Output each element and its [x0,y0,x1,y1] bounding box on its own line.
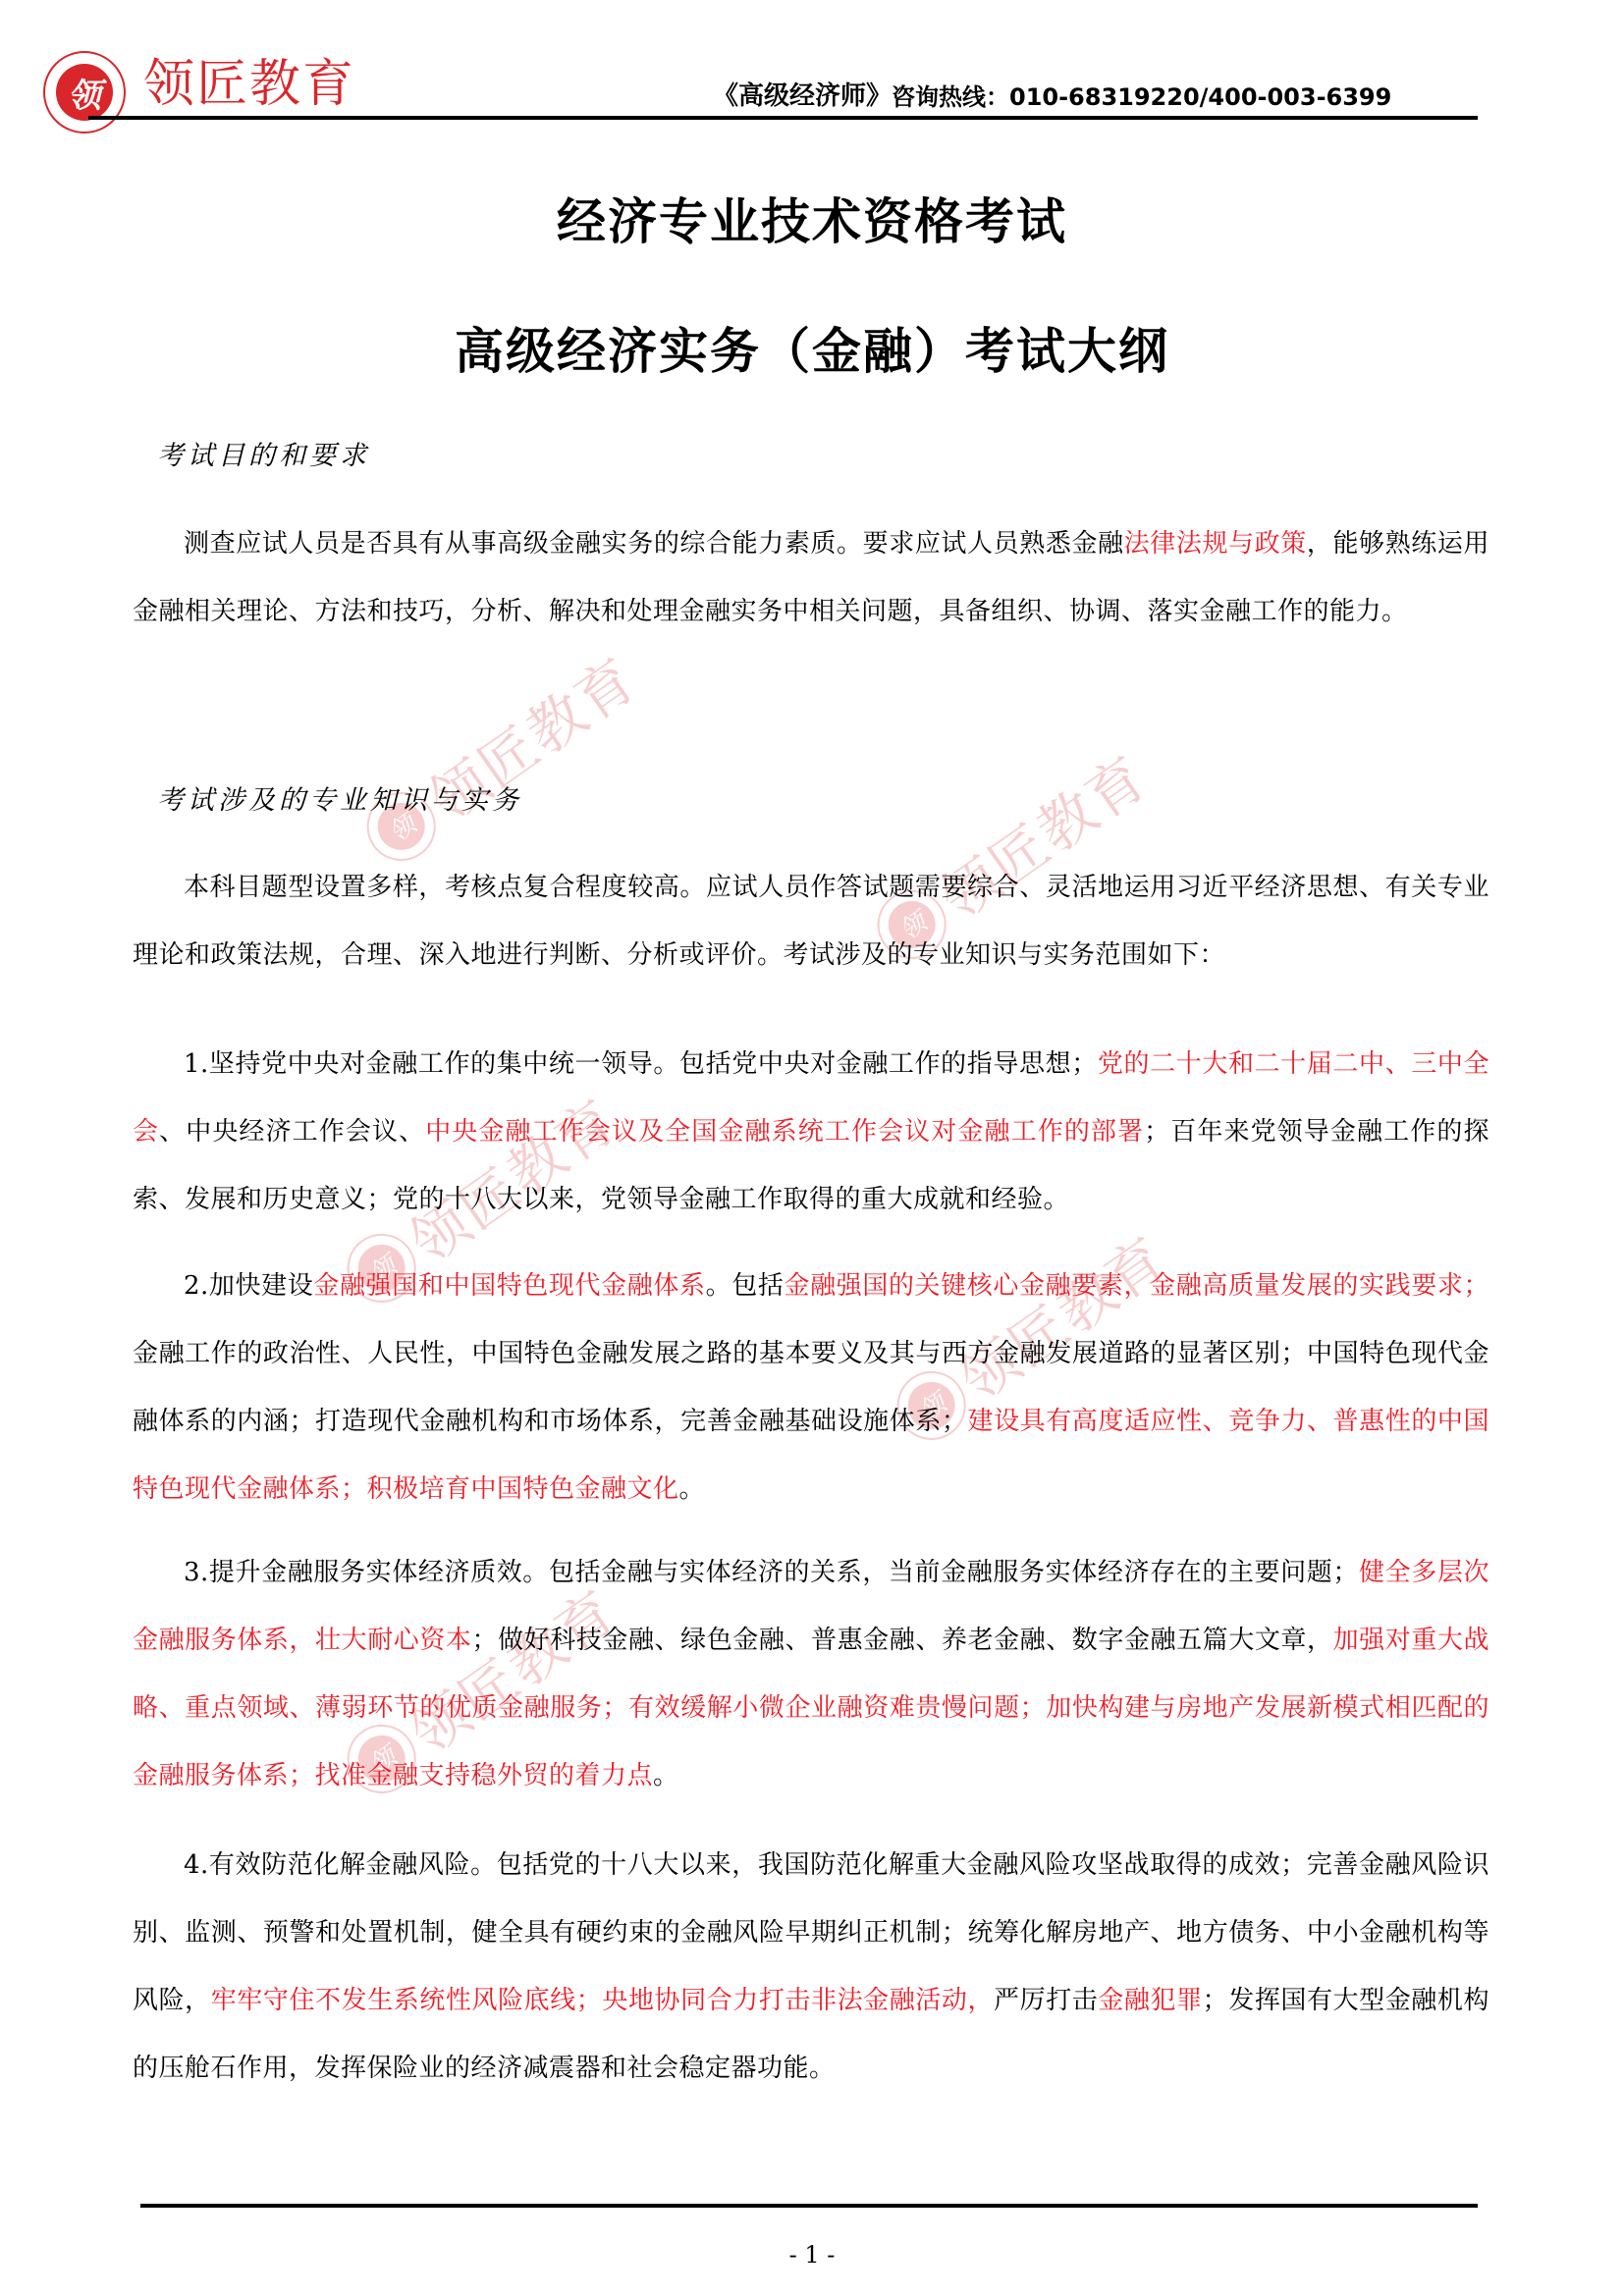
document-title: 经济专业技术资格考试 [0,183,1624,253]
outline-item-4: 4.有效防范化解金融风险。包括党的十八大以来，我国防范化解重大金融风险攻坚战取得… [133,1832,1489,2103]
outline-item-3: 3.提升金融服务实体经济质效。包括金融与实体经济的关系，当前金融服务实体经济存在… [133,1539,1489,1810]
section-heading: 考试涉及的专业知识与实务 [157,778,522,817]
section-heading: 考试目的和要求 [157,434,370,472]
book-title: 《高级经济师》 [713,80,892,112]
watermark: 领 领匠教育 [350,634,651,880]
highlight: 中央金融工作会议及全国金融系统工作会议对金融工作的部署 [425,1117,1144,1147]
highlight: 金融犯罪 [1098,1986,1202,2015]
document-subtitle: 高级经济实务（金融）考试大纲 [0,312,1624,383]
highlight: 金融强国的关键核心金融要素，金融高质量发展的实践要求； [784,1271,1489,1301]
footer-divider [140,2204,1478,2208]
header-divider [88,116,1478,120]
paragraph: 本科目题型设置多样，考核点复合程度较高。应试人员作答试题需要综合、灵活地运用习近… [133,854,1489,989]
page-header: 领 领匠教育 《高级经济师》 咨询热线：010-68319220/400-003… [0,0,1624,137]
page-number: - 1 - [0,2241,1624,2269]
hotline: 咨询热线：010-68319220/400-003-6399 [892,82,1391,112]
outline-item-1: 1.坚持党中央对金融工作的集中统一领导。包括党中央对金融工作的指导思想；党的二十… [133,1031,1489,1234]
brand-logo-icon: 领 [43,51,126,133]
highlight: 金融强国和中国特色现代金融体系 [313,1271,705,1301]
highlight: 法律法规与政策 [1124,529,1307,559]
brand-name: 领匠教育 [143,53,355,116]
highlight: 牢牢守住不发生系统性风险底线；央地协同合力打击非法金融活动， [211,1986,994,2015]
logo-glyph: 领 [56,64,113,121]
outline-item-2: 2.加快建设金融强国和中国特色现代金融体系。包括金融强国的关键核心金融要素，金融… [133,1253,1489,1523]
paragraph: 测查应试人员是否具有从事高级金融实务的综合能力素质。要求应试人员熟悉金融法律法规… [133,510,1489,646]
